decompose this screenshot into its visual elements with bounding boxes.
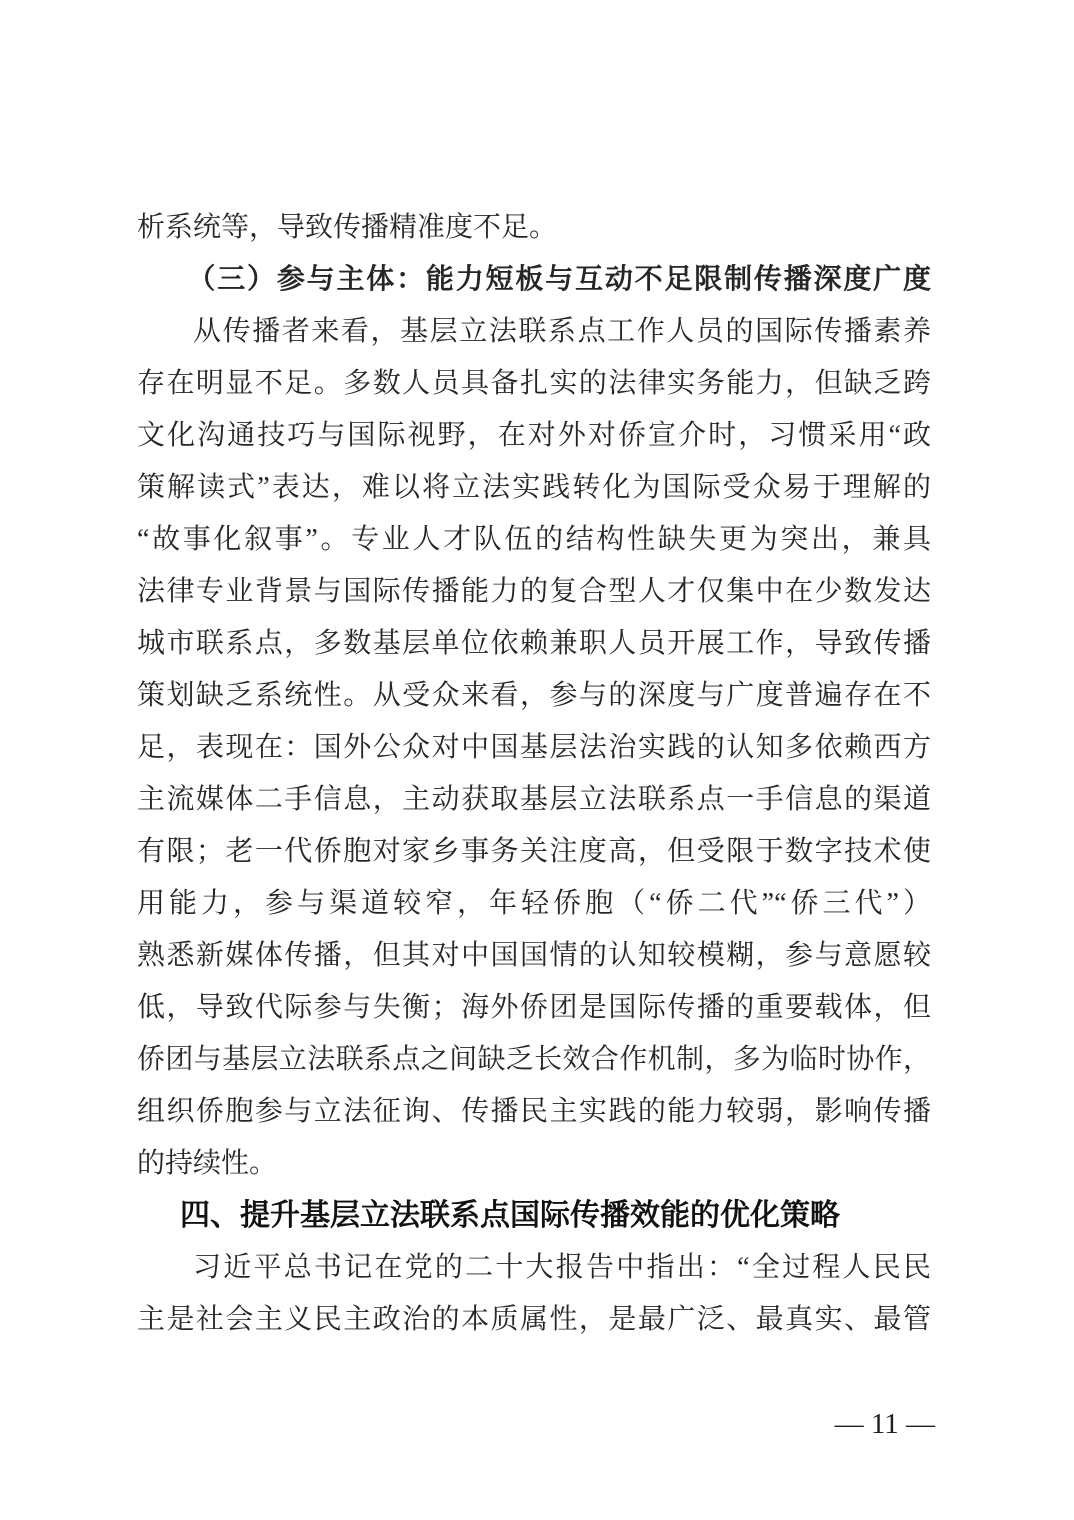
doc-line: 足，表现在：国外公众对中国基层法治实践的认知多依赖西方 [137,722,931,774]
section-heading-four: 四、提升基层立法联系点国际传播效能的优化策略 [137,1190,931,1242]
doc-line: 习近平总书记在党的二十大报告中指出：“全过程人民民 [137,1242,931,1294]
doc-line: 策划缺乏系统性。从受众来看，参与的深度与广度普遍存在不 [137,670,931,722]
doc-line: 熟悉新媒体传播，但其对中国国情的认知较模糊，参与意愿较 [137,930,931,982]
doc-line: 低，导致代际参与失衡；海外侨团是国际传播的重要载体，但 [137,982,931,1034]
doc-line: 用能力，参与渠道较窄，年轻侨胞（“侨二代”“侨三代”） [137,878,931,930]
document-body: 析系统等，导致传播精准度不足。 （三）参与主体：能力短板与互动不足限制传播深度广… [137,202,931,1346]
document-page: 析系统等，导致传播精准度不足。 （三）参与主体：能力短板与互动不足限制传播深度广… [0,0,1074,1520]
doc-line: 有限；老一代侨胞对家乡事务关注度高，但受限于数字技术使 [137,826,931,878]
doc-line: 从传播者来看，基层立法联系点工作人员的国际传播素养 [137,306,931,358]
doc-line: 主流媒体二手信息，主动获取基层立法联系点一手信息的渠道 [137,774,931,826]
doc-line: 主是社会主义民主政治的本质属性，是最广泛、最真实、最管 [137,1294,931,1346]
doc-line: 存在明显不足。多数人员具备扎实的法律实务能力，但缺乏跨 [137,358,931,410]
section-heading-three: （三）参与主体：能力短板与互动不足限制传播深度广度 [137,254,931,306]
doc-line: “故事化叙事”。专业人才队伍的结构性缺失更为突出，兼具 [137,514,931,566]
doc-line: 的持续性。 [137,1138,931,1190]
doc-line: 侨团与基层立法联系点之间缺乏长效合作机制，多为临时协作， [137,1034,931,1086]
page-number: — 11 — [0,1398,935,1450]
doc-line: 析系统等，导致传播精准度不足。 [137,202,931,254]
doc-line: 组织侨胞参与立法征询、传播民主实践的能力较弱，影响传播 [137,1086,931,1138]
doc-line: 法律专业背景与国际传播能力的复合型人才仅集中在少数发达 [137,566,931,618]
doc-line: 城市联系点，多数基层单位依赖兼职人员开展工作，导致传播 [137,618,931,670]
doc-line: 策解读式”表达，难以将立法实践转化为国际受众易于理解的 [137,462,931,514]
doc-line: 文化沟通技巧与国际视野，在对外对侨宣介时，习惯采用“政 [137,410,931,462]
